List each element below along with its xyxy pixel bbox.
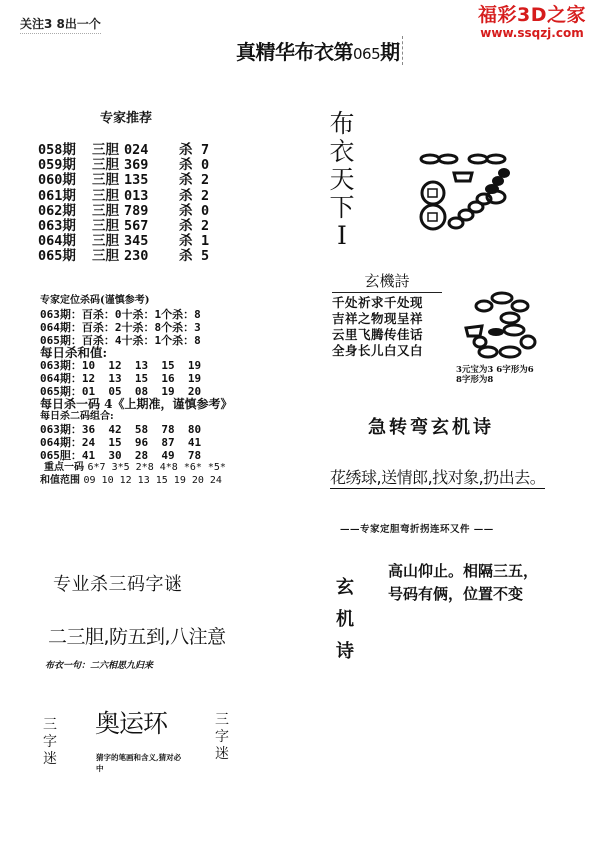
sum-kill-heading: 每日杀和值: [40,347,233,360]
daily-one-code: 每日杀一码 4《上期准，谨慎参考》 [40,398,233,411]
site-logo[interactable]: 福彩3D之家 www.ssqzj.com [478,4,586,40]
two-code-row: 063期：36 42 58 78 80 [40,423,233,436]
sum-range-row: 和值范围 09 10 12 13 15 19 20 24 [40,475,233,488]
buyi-line: 布衣一句：二六相思九归来 [45,658,153,671]
kill-three-riddle-title: 专业杀三码字谜 [53,570,183,596]
key-code-value: 6*7 3*5 2*8 4*8 *6* *5* [87,462,225,473]
key-code-row: 重点一码 6*7 3*5 2*8 4*8 *6* *5* [44,462,233,475]
vertical-title: 布 衣 天 下 I [327,110,357,250]
riddle-line: 花绣球,送情郎,找对象,扔出去。 [330,465,545,489]
logo-url[interactable]: www.ssqzj.com [478,26,586,40]
sum-kill-row: 063期：10 12 13 15 19 [40,359,233,372]
page-title: 真精华布衣第065期 [236,36,403,65]
olympic-riddle-note: 猜字的笔画和含义,猜对必中 [96,752,186,774]
side-riddle-right: 三字迷 [214,712,230,763]
xuanji-poem: 高山仰止。相隔三五， 号码有俩，位置不变 [388,560,538,606]
logo-name: 福彩3D之家 [478,4,586,26]
mystic-poem-heading: 玄機詩 [332,270,442,293]
stats-block: 专家定位杀码(谨慎参考) 063期：百杀：0十杀：1个杀：8 064期：百杀：2… [40,295,233,487]
kill-three-answer: 二三胆,防五到,八注意 [48,622,226,649]
position-kill-heading: 专家定位杀码(谨慎参考) [40,295,233,308]
poem-line: 千处祈求千处现 [332,295,442,311]
picks-row: 060期三胆135杀2 [38,173,209,188]
beads-figure-illustration [462,290,542,362]
top-note: 关注3 8出一个 [20,15,101,34]
position-kill-row: 063期：百杀：0十杀：1个杀：8 [40,308,233,321]
divider-title: ——专家定胆弯折拐连环又件 —— [340,521,494,535]
picks-row: 062期三胆789杀0 [38,204,209,219]
sum-range-value: 09 10 12 13 15 19 20 24 [83,475,221,486]
two-code-row: 064期：24 15 96 87 41 [40,436,233,449]
poem-line: 云里飞腾传佳话 [332,327,442,343]
picks-row: 061期三胆013杀2 [38,189,209,204]
expert-picks-table: 058期三胆024杀7 059期三胆369杀0 060期三胆135杀2 061期… [38,143,209,265]
beads-coins-illustration [418,145,528,235]
mystic-poem-box: 玄機詩 千处祈求千处现 吉祥之物现呈祥 云里飞腾传佳话 全身长儿白又白 [332,270,442,359]
position-kill-row: 064期：百杀：2十杀：8个杀：3 [40,321,233,334]
side-riddle-left: 三字迷 [42,717,58,768]
turn-poem-heading: 急转弯玄机诗 [368,413,494,439]
expert-picks-heading: 专家推荐 [100,107,152,126]
key-code-label: 重点一码 [44,462,84,473]
two-code-row: 065胆：41 30 28 49 78 [40,449,233,462]
title-suffix: 期 [380,40,400,64]
title-prefix: 真精华布衣第 [236,40,353,64]
sum-kill-row: 064期：12 13 15 16 19 [40,372,233,385]
picks-row: 058期三胆024杀7 [38,143,209,158]
olympic-riddle-word: 奥运环 [95,704,167,740]
bead-legend: 3元宝为3 6字形为6 8字形为8 [456,365,534,385]
picks-row: 063期三胆567杀2 [38,219,209,234]
sum-range-label: 和值范围 [40,475,80,486]
title-issue: 065 [353,45,380,63]
poem-line: 全身长儿白又白 [332,343,442,359]
xuanji-vertical-label: 玄 机 诗 [336,572,358,668]
poem-line: 吉祥之物现呈祥 [332,311,442,327]
two-code-heading: 每日杀二码组合: [40,411,233,424]
picks-row: 065期三胆230杀5 [38,249,209,264]
